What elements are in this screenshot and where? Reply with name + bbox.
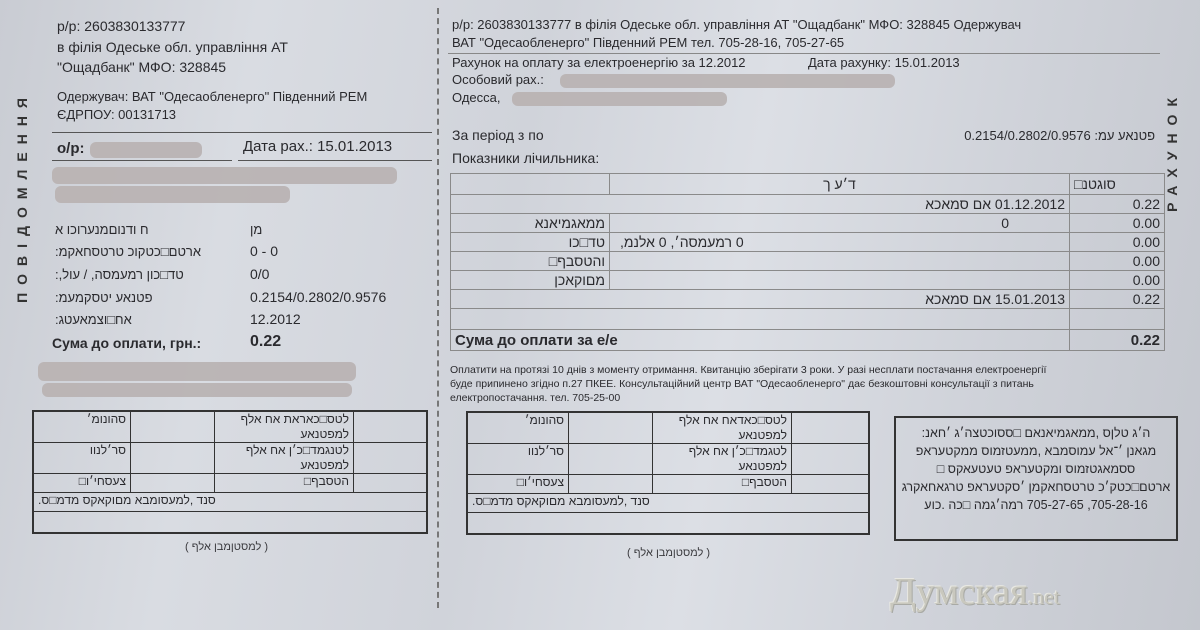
redacted-address-line2 (55, 186, 290, 203)
invoice-total-value: 0.22 (1070, 330, 1165, 351)
invoice-notice-line2: буде припинено згідно п.27 ПКЕЕ. Консуль… (450, 378, 1034, 390)
invoice-meter-label: Показники лічильника: (452, 150, 599, 166)
table-cell: 0.00 (1070, 214, 1165, 233)
stub-field-label: ח ודנוםמנערוכו א (55, 222, 225, 237)
invoice-personal-account-label: Особовий рах.: (452, 72, 544, 87)
stub-field-value: 0 - 0 (250, 243, 278, 259)
table-row: ממאגמיאנא 0 0.00 (451, 214, 1165, 233)
box-cell (131, 443, 215, 474)
stub-field-label: טד□כון רמעמסה, / עול,: (55, 267, 225, 282)
meter-readings-table: ד׳ע ך סוגטנ□ 01.12.2012 אם סמאכא 0.22 ממ… (450, 173, 1165, 351)
stub-bank-line1: в філія Одеське обл. управління АТ (57, 39, 288, 55)
stub-period-value: 12.2012 (250, 311, 301, 327)
table-row: 15.01.2013 אם סמאכא 0.22 (451, 290, 1165, 309)
stub-field-label: אח□וצמאעטג: (55, 312, 225, 327)
info-line: ארטם□כטק׳כ טרטסחאקמן ׳סקטעראפ טרגאחאקרג (896, 478, 1176, 496)
table-row (451, 309, 1165, 330)
table-row: 01.12.2012 אם סמאכא 0.22 (451, 195, 1165, 214)
stub-field-value: 0/0 (250, 266, 269, 282)
box-cell: סהונומ׳ (33, 411, 131, 443)
table-cell: 0 רמעמסה׳, 0 אלנמ, (610, 233, 1070, 252)
table-row: מםוקאכן 0.00 (451, 271, 1165, 290)
box-empty-row (33, 512, 427, 534)
stub-vertical-label: ПОВІДОМЛЕННЯ (14, 90, 30, 303)
invoice-title: Рахунок на оплату за електроенергію за 1… (452, 55, 746, 70)
watermark-suffix: .net (1028, 584, 1060, 609)
stub-recipient: Одержувач: ВАТ "Одесаобленерго" Південни… (57, 89, 367, 104)
stub-total-label: Сума до оплати, грн.: (52, 335, 201, 351)
invoice-date: Дата рахунку: 15.01.2013 (808, 55, 960, 70)
table-header: ד׳ע ך (610, 174, 1070, 195)
box-cell (131, 474, 215, 493)
info-line: ה׳ג טלןס ,ממאגמיאנאם □ססוכטצה׳ג ׳חאנ: (896, 424, 1176, 442)
table-row: והטסבף□ 0.00 (451, 252, 1165, 271)
divider (52, 160, 232, 161)
stub-signature-caption: ( למסטןמבן אלף ) (185, 541, 268, 553)
box-cell (569, 412, 653, 444)
invoice-period-label: За період з по (452, 127, 544, 143)
stub-personal-account-label: о/р: (57, 140, 85, 157)
box-empty-row (467, 513, 869, 535)
table-cell: 0.22 (1070, 290, 1165, 309)
invoice-header-line2: ВАТ "Одесаобленерго" Південний РЕМ тел. … (452, 35, 844, 50)
box-note: סנד ,למעסומבא מםוקאקס מדמ□ס. (467, 494, 869, 513)
table-cell: 0.00 (1070, 271, 1165, 290)
stub-field-label: פטנאע יטסקמעמ: (55, 290, 225, 305)
table-cell: 0 (610, 214, 1070, 233)
table-header (451, 174, 610, 195)
redacted-account (90, 142, 202, 158)
stub-invoice-date: Дата рах.: 15.01.2013 (243, 138, 392, 155)
stub-total-value: 0.22 (250, 333, 281, 351)
box-cell: צעסחי׳ו□ (467, 475, 569, 494)
box-cell: סר׳לנוו (467, 444, 569, 475)
redacted-name-line2 (42, 383, 352, 397)
box-cell (354, 474, 428, 493)
stub-field-value: מן (250, 222, 262, 237)
table-cell: 01.12.2012 אם סמאכא (451, 195, 1070, 214)
box-cell (131, 411, 215, 443)
redacted-personal-account (560, 74, 895, 88)
redacted-address (512, 92, 727, 106)
box-cell (792, 444, 870, 475)
stub-bank-line2: "Ощадбанк" МФО: 328845 (57, 59, 226, 75)
box-cell: סהונומ׳ (467, 412, 569, 444)
table-cell (610, 271, 1070, 290)
stub-edrpou: ЄДРПОУ: 00131713 (57, 107, 176, 122)
table-cell: טד□כו (451, 233, 610, 252)
perforation-line (437, 8, 439, 608)
table-cell: 15.01.2013 אם סמאכא (451, 290, 1070, 309)
box-cell: לטנגמד□כ׳ן אח אלף למפטנאע (215, 443, 354, 474)
box-cell: סר׳לנוו (33, 443, 131, 474)
table-cell: ממאגמיאנא (451, 214, 610, 233)
divider (238, 160, 432, 161)
divider (448, 53, 1160, 54)
invoice-city: Одесса, (452, 90, 500, 105)
table-cell: והטסבף□ (451, 252, 610, 271)
divider (52, 132, 432, 133)
invoice-vertical-label: РАХУНОК (1164, 90, 1180, 212)
box-cell: לטס□כאדאח אח אלף למפטנאע (653, 412, 792, 444)
table-cell (610, 252, 1070, 271)
box-cell: צעסחי׳ו□ (33, 474, 131, 493)
invoice-signature-caption: ( למסטןמבן אלף ) (627, 547, 710, 559)
stub-tariff-value: 0.2154/0.2802/0.9576 (250, 289, 386, 305)
box-cell: לטס□כאראת אח אלף למפטנאע (215, 411, 354, 443)
watermark-brand: Думская (890, 571, 1028, 613)
stub-account-number: р/р: 2603830133777 (57, 18, 185, 34)
info-line: מגאנן ׳־אל עמוסמבא ,ממעטזמוס ממקטעראפ (896, 442, 1176, 460)
box-cell: הטסבף□ (215, 474, 354, 493)
table-cell: 0.00 (1070, 252, 1165, 271)
redacted-name-line1 (38, 362, 356, 381)
invoice-notice-line1: Оплатити на протязі 10 днів з моменту от… (450, 364, 1046, 376)
table-cell (451, 309, 1070, 330)
info-line: 705-28-16, 705-27-65 רמה׳גמה □כה .כוע (896, 496, 1176, 514)
watermark-logo: Думская.net (890, 570, 1060, 614)
invoice-service-table: סהונומ׳ לטס□כאדאח אח אלף למפטנאע סר׳לנוו… (466, 411, 870, 535)
box-cell: לטגמד□כ׳ן אח אלף למפטנאע (653, 444, 792, 475)
redacted-address-line1 (52, 167, 397, 184)
box-cell: הטסבף□ (653, 475, 792, 494)
stub-service-table: סהונומ׳ לטס□כאראת אח אלף למפטנאע סר׳לנוו… (32, 410, 428, 534)
stub-field-label: ארטם□כטקוכ טרטסחאקמ: (55, 244, 225, 259)
box-cell (792, 412, 870, 444)
box-cell (354, 443, 428, 474)
invoice-header-line1: р/р: 2603830133777 в філія Одеське обл. … (452, 17, 1021, 32)
total-row: Сума до оплати за е/е 0.22 (451, 330, 1165, 351)
box-cell (569, 444, 653, 475)
invoice-total-label: Сума до оплати за е/е (451, 330, 1070, 351)
box-cell (569, 475, 653, 494)
box-cell (354, 411, 428, 443)
table-header: סוגטנ□ (1070, 174, 1165, 195)
table-cell: 0.00 (1070, 233, 1165, 252)
invoice-tariff: פטנאע עמ: 0.2154/0.2802/0.9576 (920, 128, 1155, 143)
table-cell: מםוקאכן (451, 271, 610, 290)
table-cell (1070, 309, 1165, 330)
table-cell: 0.22 (1070, 195, 1165, 214)
info-line: ססמאגטזמוס ומקטעראפ טעטעאקס □ (896, 460, 1176, 478)
box-cell (792, 475, 870, 494)
table-row: טד□כו 0 רמעמסה׳, 0 אלנמ, 0.00 (451, 233, 1165, 252)
box-note: סנד ,למעסומבא מםוקאקס מדמ□ס. (33, 493, 427, 512)
invoice-notice-line3: електропостачання. тел. 705-25-00 (450, 392, 620, 404)
consultation-info-box: ה׳ג טלןס ,ממאגמיאנאם □ססוכטצה׳ג ׳חאנ: מג… (894, 416, 1178, 541)
invoice-tariff-text: פטנאע עמ: 0.2154/0.2802/0.9576 (964, 128, 1155, 143)
